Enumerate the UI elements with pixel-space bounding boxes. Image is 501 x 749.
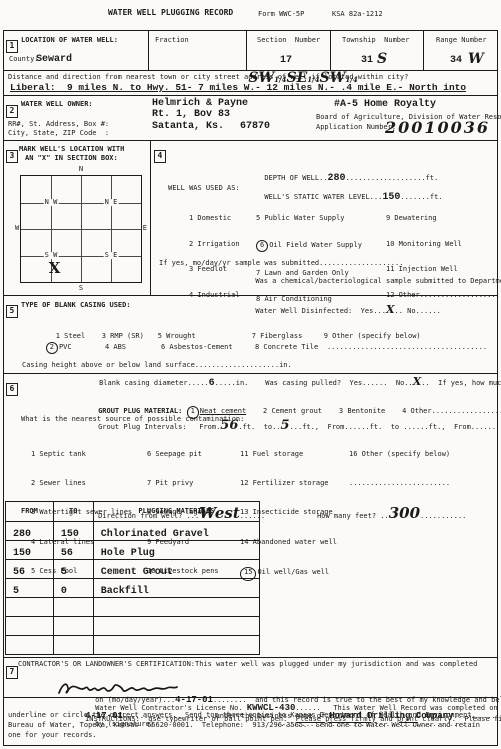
- form-number: Form WWC-5P: [258, 10, 304, 19]
- section3-4-row: 3 MARK WELL'S LOCATION WITH AN "X" IN SE…: [4, 141, 497, 296]
- range-number-cell: Range Number 34 W: [424, 31, 497, 70]
- county-value[interactable]: Seward: [36, 54, 72, 65]
- used-as-option: 5 Public Water Supply: [256, 214, 362, 223]
- table-header-row: FROM TO PLUGGING MATERIALS: [6, 502, 260, 522]
- township-number-value[interactable]: 31: [361, 55, 373, 66]
- grid-line: [21, 256, 141, 257]
- grid-line: [21, 229, 141, 230]
- section4-number: 4: [154, 150, 166, 163]
- used-as-option: 2 Irrigation: [189, 240, 240, 249]
- used-as-option: 10 Monitoring Well: [386, 240, 501, 249]
- from-cell[interactable]: [6, 598, 54, 617]
- section3-title-line1: MARK WELL'S LOCATION WITH: [19, 145, 124, 154]
- instructions-line3: Bureau of Water, Topeka, Kansas 66620-00…: [8, 721, 480, 730]
- to-column-header: TO: [53, 502, 93, 522]
- section6-number: 6: [6, 383, 18, 396]
- compass-ne-label: N E: [104, 199, 119, 206]
- to-cell[interactable]: [53, 636, 93, 655]
- material-cell[interactable]: Hole Plug: [93, 541, 259, 560]
- contamination-option: 6 Seepage pit: [147, 450, 219, 460]
- section2-owner: 2 WATER WELL OWNER: RR#, St. Address, Bo…: [4, 96, 497, 141]
- instructions-line2: underline or circle the correct answers.…: [8, 711, 476, 720]
- section7-number: 7: [6, 666, 18, 679]
- section5-number: 5: [6, 305, 18, 318]
- section7-certification: 7 CONTRACTOR'S OR LANDOWNER'S CERTIFICAT…: [4, 657, 497, 697]
- owner-title: WATER WELL OWNER:: [21, 100, 93, 109]
- to-cell[interactable]: 56: [53, 541, 93, 560]
- used-as-option: 1 Domestic: [189, 214, 240, 223]
- form-title: WATER WELL PLUGGING RECORD: [108, 9, 233, 18]
- table-row: [6, 617, 260, 636]
- section3-title-line2: AN "X" IN SECTION BOX:: [25, 154, 118, 163]
- from-cell[interactable]: 5: [6, 579, 54, 598]
- section1-title: LOCATION OF WATER WELL:: [21, 36, 118, 45]
- section2-number: 2: [6, 105, 18, 118]
- compass-sw-label: S W: [44, 252, 59, 259]
- material-cell[interactable]: [93, 636, 259, 655]
- water-well-plugging-record: WATER WELL PLUGGING RECORD Form WWC-5P K…: [0, 0, 501, 749]
- range-number-label: Range Number: [436, 36, 487, 45]
- distance-row: Distance and direction from nearest town…: [4, 71, 497, 96]
- from-cell[interactable]: 150: [6, 541, 54, 560]
- contamination-option: 16 Other (specify below): [349, 450, 450, 460]
- compass-south-label: S: [78, 285, 84, 292]
- to-cell[interactable]: [53, 598, 93, 617]
- instructions-line4: one for your records.: [8, 731, 97, 740]
- contractor-signature[interactable]: [56, 680, 180, 697]
- material-cell[interactable]: [93, 598, 259, 617]
- section3-mark-location: 3 MARK WELL'S LOCATION WITH AN "X" IN SE…: [4, 141, 151, 295]
- section6-grout-plug: 6 GROUT PLUG MATERIAL: 1Neat cement 2 Ce…: [4, 374, 497, 501]
- material-cell[interactable]: Cement Grout: [93, 560, 259, 579]
- section-number-cell: Section Number 17: [247, 31, 331, 70]
- how-many-feet-line: How many feet? ..300...........: [240, 484, 466, 541]
- from-column-header: FROM: [6, 502, 54, 522]
- fraction-label: Fraction: [155, 36, 189, 45]
- grid-line: [21, 203, 141, 204]
- township-number-label: Township Number: [342, 36, 409, 45]
- to-cell[interactable]: 0: [53, 579, 93, 598]
- table-row: 280 150 Chlorinated Gravel: [6, 522, 260, 541]
- table-row: 56 5 Cement Grout: [6, 560, 260, 579]
- used-as-option: 9 Dewatering: [386, 214, 501, 223]
- from-cell[interactable]: [6, 617, 54, 636]
- table-row: 150 56 Hole Plug: [6, 541, 260, 560]
- compass-nw-label: N W: [44, 199, 59, 206]
- township-direction-value[interactable]: S: [377, 51, 387, 67]
- plugging-materials-table: FROM TO PLUGGING MATERIALS 280 150 Chlor…: [5, 501, 260, 655]
- materials-column-header: PLUGGING MATERIALS: [93, 502, 259, 522]
- compass-east-label: E: [142, 225, 148, 232]
- distance-label: Distance and direction from nearest town…: [8, 73, 408, 82]
- to-cell[interactable]: [53, 617, 93, 636]
- section1-location-row: 1 LOCATION OF WATER WELL: County: Seward…: [4, 31, 497, 71]
- sample-date-line: If yes, mo/day/yr sample was submitted..…: [159, 259, 403, 268]
- contamination-option: 11 Fuel storage: [240, 450, 337, 460]
- compass-se-label: S E: [104, 252, 119, 259]
- well-used-as-label: WELL WAS USED AS:: [168, 184, 240, 193]
- owner-city-value[interactable]: Satanta, Ks.: [152, 121, 224, 132]
- section5-blank-casing: 5 TYPE OF BLANK CASING USED: 1 Steel3 RM…: [4, 296, 497, 374]
- table-row: 5 0 Backfill: [6, 579, 260, 598]
- section5-title: TYPE OF BLANK CASING USED:: [21, 301, 131, 310]
- owner-address-label: RR#, St. Address, Box #:: [8, 120, 109, 129]
- owner-address-value[interactable]: Rt. 1, Bov 83: [152, 109, 230, 120]
- contamination-option: 1 Septic tank: [31, 450, 132, 460]
- material-cell[interactable]: Chlorinated Gravel: [93, 522, 259, 541]
- section1-location-cell: 1 LOCATION OF WATER WELL: County: Seward: [4, 31, 149, 70]
- section3-number: 3: [6, 150, 18, 163]
- lease-name-value[interactable]: #A-5 Home Royalty: [334, 99, 436, 110]
- well-location-x-mark[interactable]: X: [49, 259, 61, 277]
- material-cell[interactable]: Backfill: [93, 579, 259, 598]
- material-cell[interactable]: [93, 617, 259, 636]
- range-direction-value[interactable]: W: [468, 51, 484, 67]
- distance-value[interactable]: Liberal: 9 miles N. to Hwy. 51- 7 miles …: [10, 83, 466, 93]
- from-cell[interactable]: 56: [6, 560, 54, 579]
- owner-zip-value[interactable]: 67870: [240, 121, 270, 132]
- section-location-box[interactable]: N S W E N W N E S W S E X: [20, 175, 142, 283]
- from-cell[interactable]: [6, 636, 54, 655]
- form-ksa-reference: KSA 82a-1212: [332, 10, 383, 19]
- to-cell[interactable]: 5: [53, 560, 93, 579]
- application-number-value[interactable]: 20010036: [385, 118, 490, 137]
- section-number-value[interactable]: 17: [280, 55, 292, 66]
- to-cell[interactable]: 150: [53, 522, 93, 541]
- section1-number: 1: [6, 40, 18, 53]
- township-number-cell: Township Number 31 S: [331, 31, 424, 70]
- owner-city-label: City, State, ZIP Code :: [8, 129, 109, 138]
- compass-north-label: N: [78, 166, 84, 173]
- casing-height-line: Casing height above or below land surfac…: [22, 361, 292, 370]
- compass-west-label: W: [14, 225, 20, 232]
- owner-name-value[interactable]: Helmrich & Payne: [152, 98, 248, 109]
- instructions-box: INSTRUCTIONS: Use typewriter or ball poi…: [4, 697, 497, 745]
- range-number-value[interactable]: 34: [450, 55, 462, 66]
- county-label: County:: [9, 55, 39, 64]
- table-row: [6, 598, 260, 617]
- contamination-question: What is the nearest source of possible c…: [21, 415, 244, 424]
- table-row: [6, 636, 260, 655]
- from-cell[interactable]: 280: [6, 522, 54, 541]
- form-body: 1 LOCATION OF WATER WELL: County: Seward…: [3, 30, 498, 746]
- distance-feet-value[interactable]: 300: [389, 504, 420, 522]
- fraction-cell: Fraction SW1/4SE1/4SW1/4: [149, 31, 247, 70]
- section4-well-details: 4 DEPTH OF WELL..280...................f…: [151, 141, 497, 295]
- section-number-label: Section Number: [257, 36, 320, 45]
